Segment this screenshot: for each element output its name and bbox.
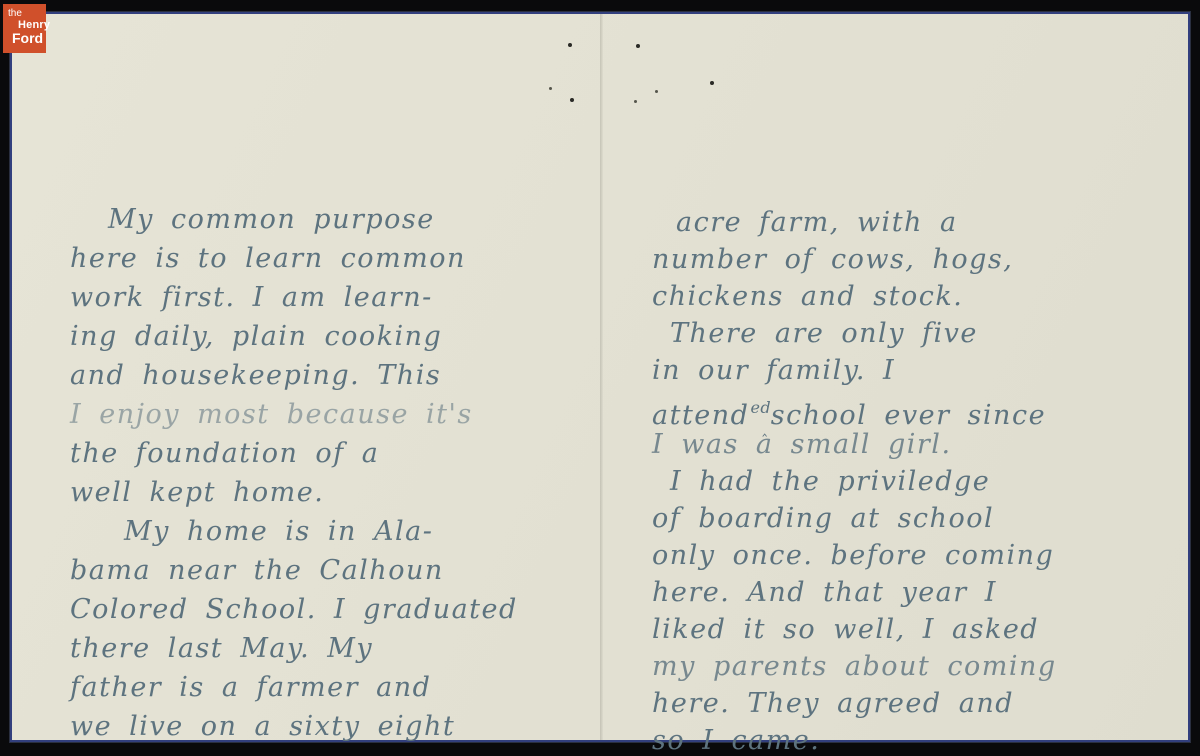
paper-speck [568,43,572,47]
handwritten-line: Colored School. I graduated [70,590,585,629]
letter-scan: My common purpose here is to learn commo… [10,12,1190,742]
handwritten-line: of boarding at school [652,500,1157,537]
handwritten-line: My home is in Ala- [70,512,585,551]
handwritten-line: I was a small girl. [652,426,1157,463]
paper-speck [710,81,714,85]
paper-speck [636,44,640,48]
handwritten-line: and housekeeping. This [70,356,585,395]
superscript-insertion: ed [750,398,771,417]
handwritten-line: bama near the Calhoun [70,551,585,590]
handwritten-line: number of cows, hogs, [652,241,1157,278]
handwritten-line: acre farm, with a [652,204,1157,241]
scan-background: My common purpose here is to learn commo… [0,0,1200,756]
handwritten-line: father is a farmer and [70,668,585,707]
handwritten-line: There are only five [652,315,1157,352]
handwritten-line: only once. before coming [652,537,1157,574]
paper-speck [634,100,637,103]
handwritten-line: there last May. My [70,629,585,668]
handwritten-line: ing daily, plain cooking [70,317,585,356]
handwritten-line-with-insertion: attended‸school ever since [652,389,1157,426]
handwritten-line: I enjoy most because it's [70,395,585,434]
handwritten-line: so I came. [652,722,1157,756]
handwritten-line: my parents about coming [652,648,1157,685]
handwritten-line: I had the priviledge [652,463,1157,500]
paper-speck [570,98,574,102]
handwritten-line: in our family. I [652,352,1157,389]
handwritten-line: work first. I am learn- [70,278,585,317]
logo-prefix: the [8,8,22,19]
paper-speck [655,90,658,93]
right-page: acre farm, with a number of cows, hogs, … [652,204,1157,756]
handwritten-line: here is to learn common [70,239,585,278]
page-fold-line [600,14,603,740]
handwritten-line: well kept home. [70,473,585,512]
handwritten-line: chickens and stock. [652,278,1157,315]
handwritten-line: My common purpose [70,200,585,239]
handwritten-line: here. They agreed and [652,685,1157,722]
paper-speck [549,87,552,90]
handwritten-line: here. And that year I [652,574,1157,611]
left-page: My common purpose here is to learn commo… [70,200,585,746]
henry-ford-logo: the Henry Ford [3,4,46,53]
logo-name-line2: Ford [12,30,43,46]
handwritten-line: liked it so well, I asked [652,611,1157,648]
handwritten-line: the foundation of a [70,434,585,473]
handwritten-line: we live on a sixty eight [70,707,585,746]
